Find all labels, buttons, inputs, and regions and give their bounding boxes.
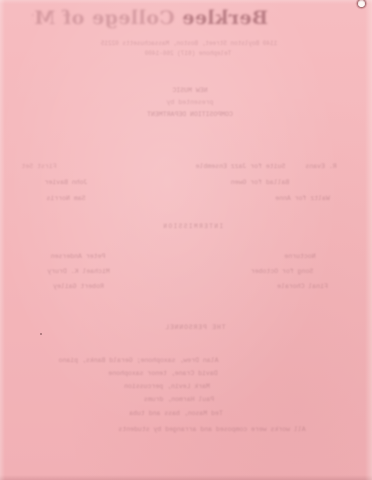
address-line-1: 1140 Boylston Street, Boston, Massachuse… (93, 40, 285, 48)
personnel-line-1: Alan Drew, saxophone; Gerald Banks, pian… (57, 357, 220, 365)
intermission-label: INTERMISSION (150, 223, 235, 231)
personnel-line-5: Ted Mason, bass and tuba (117, 410, 235, 418)
concert-header-line-2: presented by (135, 99, 245, 107)
scanned-pink-page: Berklee College of Music 1140 Boylston S… (0, 0, 372, 480)
concert-header-line-1: NEW MUSIC (135, 87, 245, 95)
address-line-2: Telephone (617) 266-1400 (118, 50, 258, 58)
program-a-row2-left: John Bavier (42, 179, 90, 187)
program-b-row2-right: Song for October (246, 268, 318, 276)
program-b-row3-right: Final Chorale (274, 283, 331, 291)
personnel-heading: THE PERSONNEL (150, 324, 240, 332)
program-a-row2-right: Ballad for Gwen (227, 179, 293, 187)
ink-speck (40, 333, 42, 335)
personnel-line-2: David Crane, tenor saxophone (108, 370, 218, 378)
program-b-row3-left: Robert Gailey (47, 283, 110, 291)
program-a-row3-right: Waltz for Anne (271, 195, 334, 203)
program-a-row3-left: Sam Norris (45, 195, 87, 203)
concert-header-line-3: COMPOSITION DEPARTMENT (120, 111, 260, 119)
letterhead-rest-text: College of Music (32, 7, 182, 29)
footnote-line: All works were composed and arranged by … (118, 426, 306, 434)
binder-hole-11 (358, 0, 365, 7)
program-a-row1-name: R. Evans (303, 163, 339, 171)
program-a-row1-note: First Set (20, 163, 58, 171)
personnel-line-4: Paul Harmon, drums (140, 396, 218, 404)
program-b-row1-left: Peter Andersen (46, 253, 110, 261)
program-b-row1-right: Nocturne (282, 253, 318, 261)
letterhead-bold-text: Berklee (182, 7, 268, 29)
letterhead-bleedthrough: Berklee College of Music (32, 6, 268, 32)
personnel-line-3: Mark Levin, percussion (122, 383, 212, 391)
program-b-row2-left: Michael K. Drury (44, 268, 113, 276)
program-a-row1-title: Suite for Jazz Ensemble (188, 163, 293, 171)
